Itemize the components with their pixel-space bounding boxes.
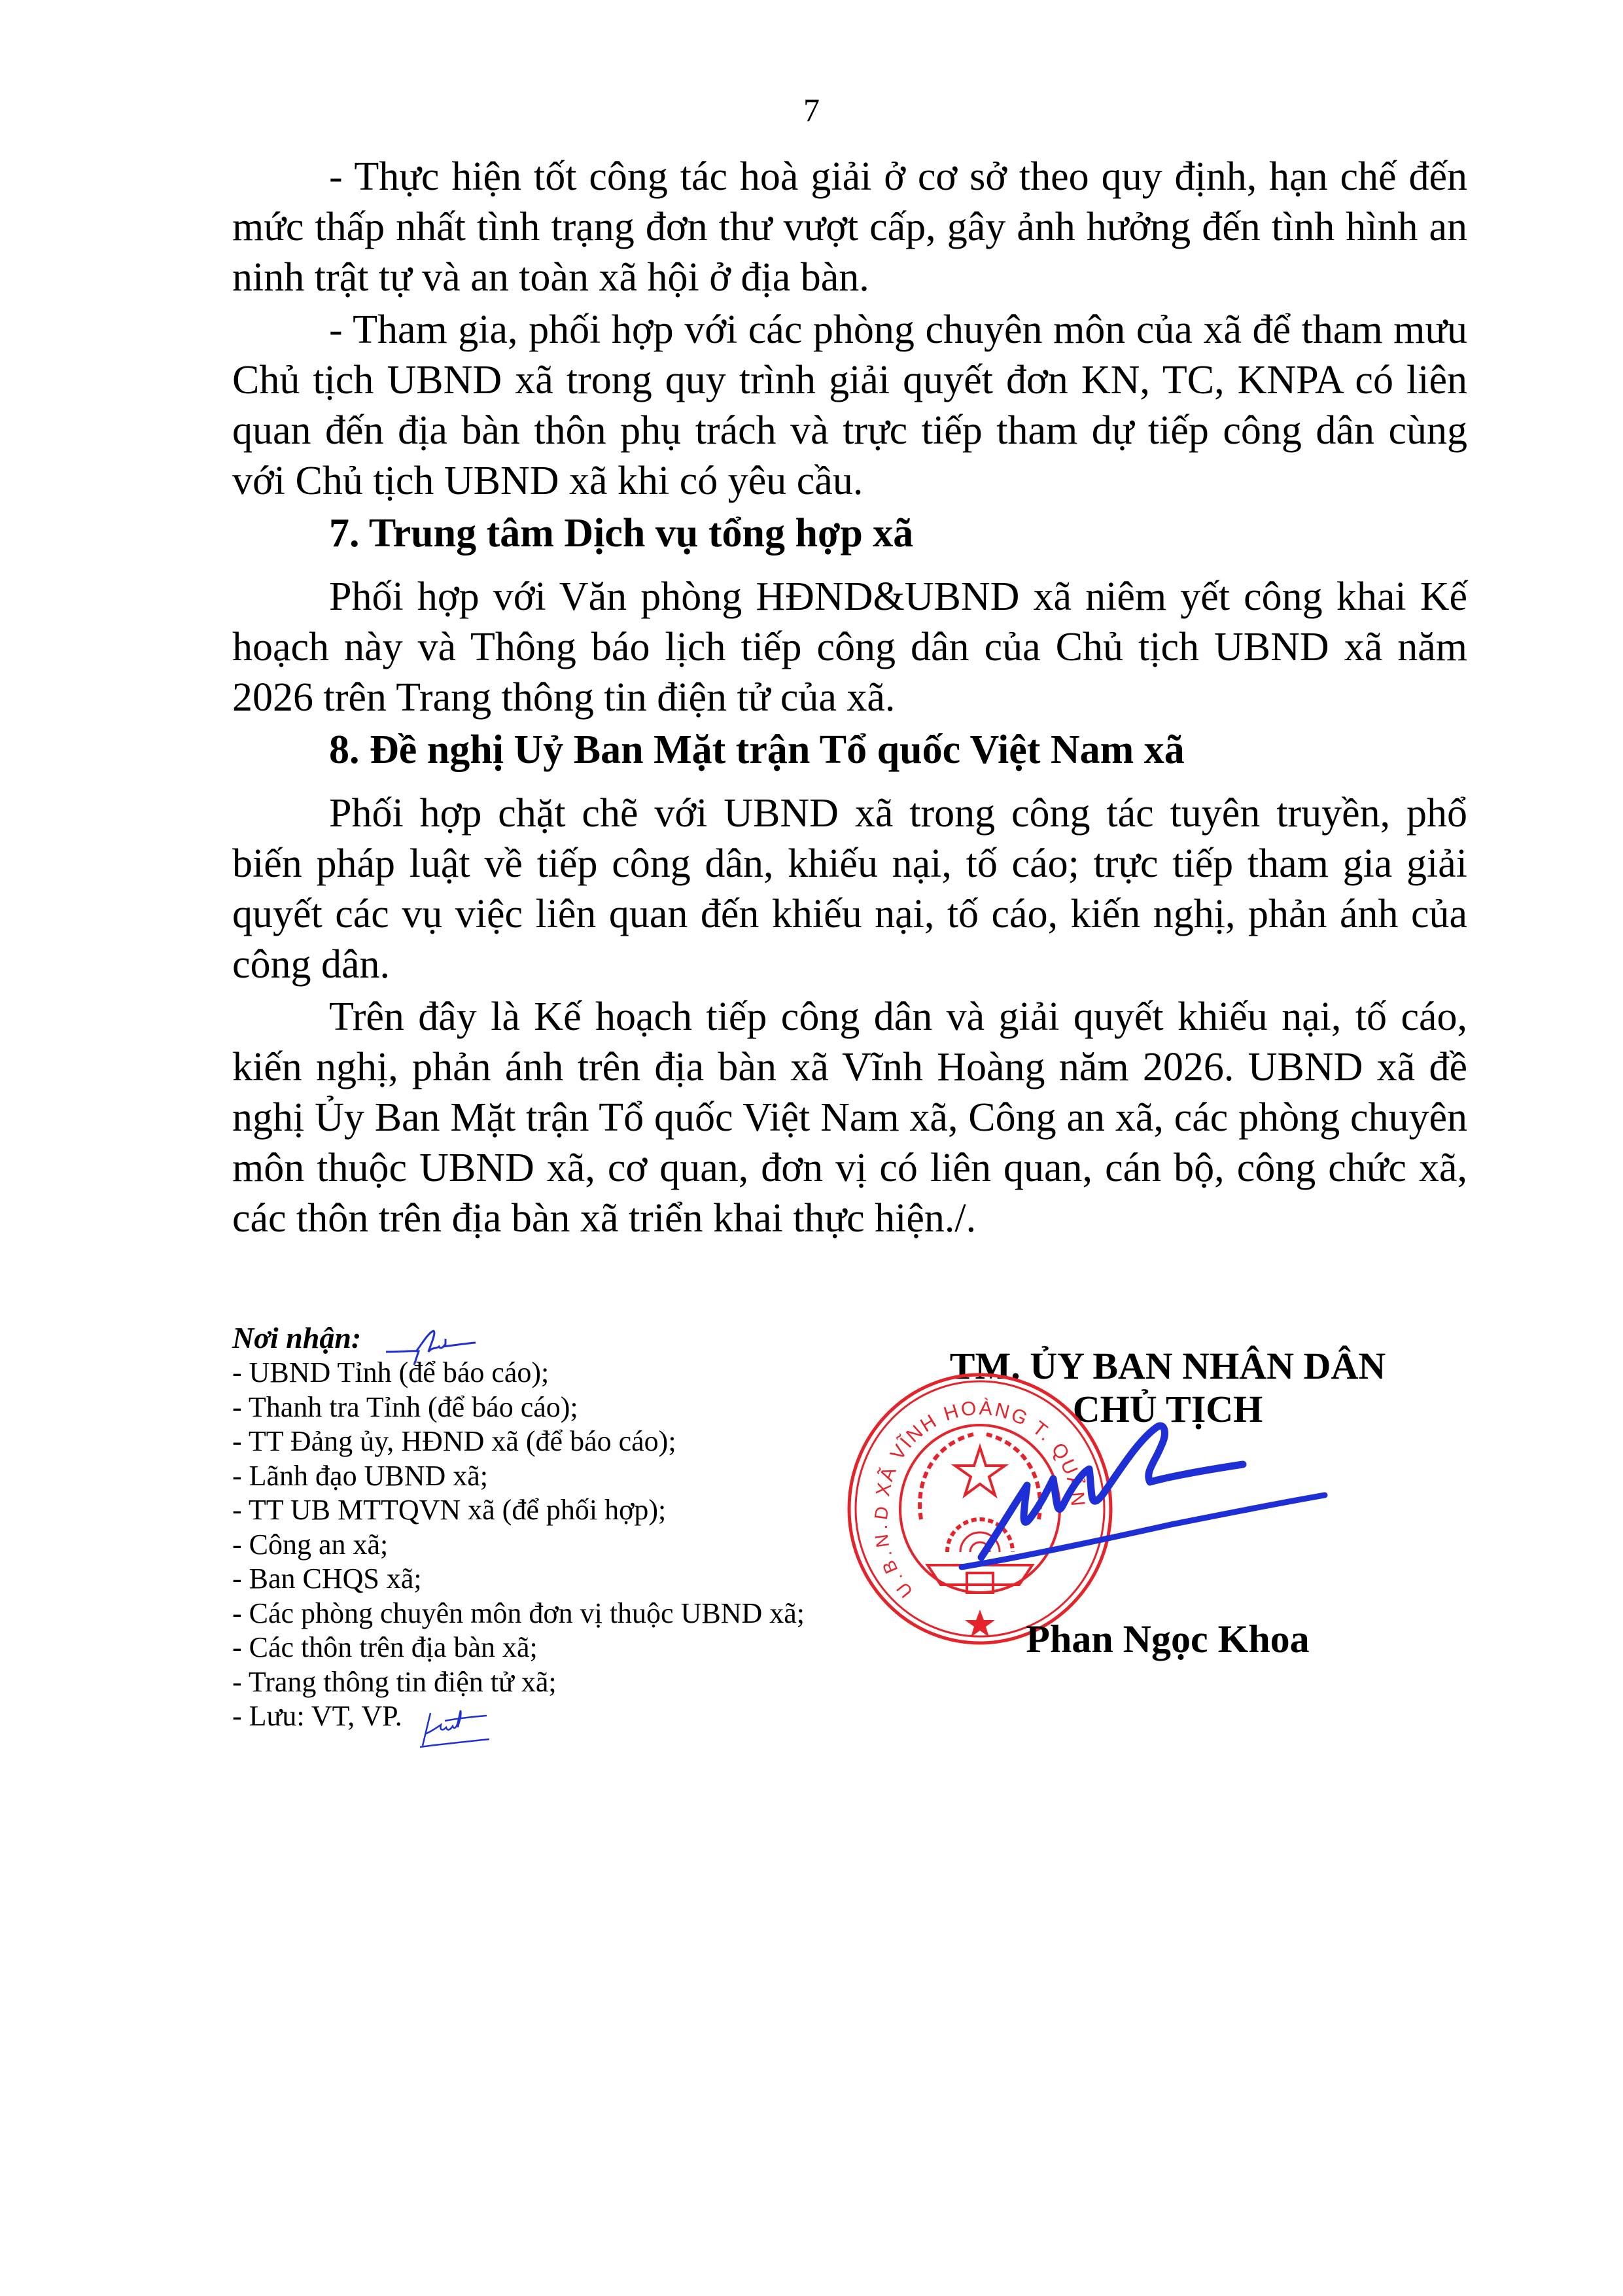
initials-mark-icon xyxy=(383,1327,481,1366)
recipient-item: - Trang thông tin điện tử xã; xyxy=(232,1665,860,1700)
section-heading: 7. Trung tâm Dịch vụ tổng hợp xã xyxy=(232,508,1467,559)
body-paragraph: Phối hợp chặt chẽ với UBND xã trong công… xyxy=(232,788,1467,990)
recipient-item: - UBND Tỉnh (để báo cáo); xyxy=(232,1356,860,1390)
recipient-item: - Công an xã; xyxy=(232,1528,860,1563)
recipients-items: - UBND Tỉnh (để báo cáo);- Thanh tra Tỉn… xyxy=(232,1356,860,1734)
body-paragraph: - Tham gia, phối hợp với các phòng chuyê… xyxy=(232,305,1467,506)
body-paragraph: - Thực hiện tốt công tác hoà giải ở cơ s… xyxy=(232,152,1467,303)
body-paragraph: Trên đây là Kế hoạch tiếp công dân và gi… xyxy=(232,992,1467,1244)
recipient-item: - Các phòng chuyên môn đơn vị thuộc UBND… xyxy=(232,1597,860,1631)
recipient-item: - Các thôn trên địa bàn xã; xyxy=(232,1631,860,1665)
body-paragraph: Phối hợp với Văn phòng HĐND&UBND xã niêm… xyxy=(232,572,1467,723)
initials-mark-icon xyxy=(419,1708,491,1748)
recipient-item: - Lãnh đạo UBND xã; xyxy=(232,1459,860,1494)
document-body: - Thực hiện tốt công tác hoà giải ở cơ s… xyxy=(232,152,1467,1246)
recipient-item: - TT Đảng ủy, HĐND xã (để báo cáo); xyxy=(232,1424,860,1459)
recipients-list: Nơi nhận: - UBND Tỉnh (để báo cáo);- Tha… xyxy=(232,1320,860,1734)
section-heading: 8. Đề nghị Uỷ Ban Mặt trận Tổ quốc Việt … xyxy=(232,725,1467,775)
recipient-item: - Lưu: VT, VP. xyxy=(232,1699,860,1734)
handwritten-signature-icon xyxy=(942,1407,1335,1570)
recipient-item: - Ban CHQS xã; xyxy=(232,1562,860,1597)
recipient-item: - TT UB MTTQVN xã (để phối hợp); xyxy=(232,1493,860,1528)
svg-text:U.B.N.D: U.B.N.D xyxy=(871,1501,916,1601)
recipient-item: - Thanh tra Tỉnh (để báo cáo); xyxy=(232,1390,860,1425)
recipients-title: Nơi nhận: xyxy=(232,1320,860,1356)
page-number: 7 xyxy=(0,90,1623,130)
signer-name: Phan Ngọc Khoa xyxy=(942,1616,1393,1662)
